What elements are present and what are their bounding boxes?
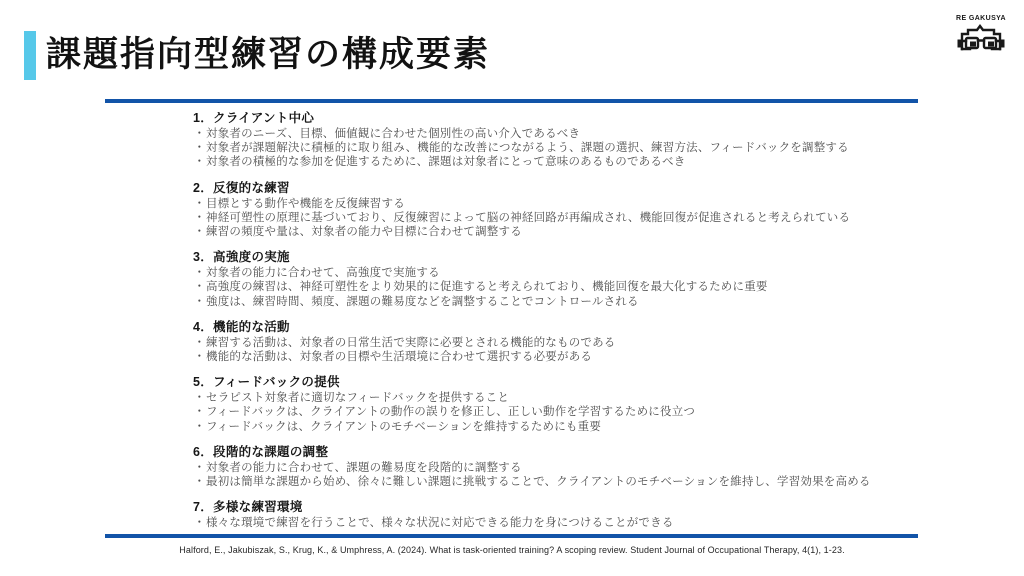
bullet-marker: ・ [193,461,206,475]
pixel-face-glasses-icon [953,23,1009,55]
bullet-text: 練習の頻度や量は、対象者の能力や目標に合わせて調整する [206,225,938,239]
bullet-text: セラピスト対象者に適切なフィードバックを提供すること [206,391,938,405]
bullet-item: ・フィードバックは、クライアントのモチベーションを維持するためにも重要 [193,420,938,434]
logo-text: RE GAKUSYA [951,15,1011,22]
bullet-marker: ・ [193,211,206,225]
bullet-text: 対象者の能力に合わせて、課題の難易度を段階的に調整する [206,461,938,475]
top-divider [105,99,918,103]
bullet-marker: ・ [193,197,206,211]
bullet-text: フィードバックは、クライアントのモチベーションを維持するためにも重要 [206,420,938,434]
bullet-item: ・強度は、練習時間、頻度、課題の難易度などを調整することでコントロールされる [193,295,938,309]
bullet-marker: ・ [193,295,206,309]
bullet-marker: ・ [193,336,206,350]
bullet-text: 練習する活動は、対象者の日常生活で実際に必要とされる機能的なものである [206,336,938,350]
section-title: 1．クライアント中心 [193,111,938,126]
citation: Halford, E., Jakubiszak, S., Krug, K., &… [0,545,1024,555]
bullet-item: ・様々な環境で練習を行うことで、様々な状況に対応できる能力を身につけることができ… [193,516,938,530]
bullet-text: 様々な環境で練習を行うことで、様々な状況に対応できる能力を身につけることができる [206,516,938,530]
content: 1．クライアント中心・対象者のニーズ、目標、価値観に合わせた個別性の高い介入であ… [193,111,938,541]
bullet-item: ・機能的な活動は、対象者の目標や生活環境に合わせて選択する必要がある [193,350,938,364]
slide: 課題指向型練習の構成要素 RE GAKUSYA 1．クライアント中心・対象者のニ… [0,0,1024,576]
bullet-item: ・練習の頻度や量は、対象者の能力や目標に合わせて調整する [193,225,938,239]
bullet-text: 神経可塑性の原理に基づいており、反復練習によって脳の神経回路が再編成され、機能回… [206,211,938,225]
bullet-text: フィードバックは、クライアントの動作の誤りを修正し、正しい動作を学習するために役… [206,405,938,419]
bullet-item: ・対象者の能力に合わせて、課題の難易度を段階的に調整する [193,461,938,475]
bullet-text: 高強度の練習は、神経可塑性をより効果的に促進すると考えられており、機能回復を最大… [206,280,938,294]
bullet-item: ・高強度の練習は、神経可塑性をより効果的に促進すると考えられており、機能回復を最… [193,280,938,294]
bullet-marker: ・ [193,127,206,141]
section-7: 7．多様な練習環境・様々な環境で練習を行うことで、様々な状況に対応できる能力を身… [193,500,938,530]
bullet-marker: ・ [193,405,206,419]
section-3: 3．高強度の実施・対象者の能力に合わせて、高強度で実施する・高強度の練習は、神経… [193,250,938,309]
bullet-marker: ・ [193,266,206,280]
bullet-item: ・対象者の積極的な参加を促進するために、課題は対象者にとって意味のあるものである… [193,155,938,169]
section-2: 2．反復的な練習・目標とする動作や機能を反復練習する・神経可塑性の原理に基づいて… [193,181,938,240]
bullet-item: ・対象者の能力に合わせて、高強度で実施する [193,266,938,280]
bullet-item: ・対象者が課題解決に積極的に取り組み、機能的な改善につながるよう、課題の選択、練… [193,141,938,155]
section-title: 4．機能的な活動 [193,320,938,335]
section-5: 5．フィードバックの提供・セラピスト対象者に適切なフィードバックを提供すること・… [193,375,938,434]
page-title: 課題指向型練習の構成要素 [46,27,490,77]
bullet-marker: ・ [193,225,206,239]
bullet-marker: ・ [193,516,206,530]
bullet-text: 対象者が課題解決に積極的に取り組み、機能的な改善につながるよう、課題の選択、練習… [206,141,938,155]
section-title: 2．反復的な練習 [193,181,938,196]
bullet-item: ・練習する活動は、対象者の日常生活で実際に必要とされる機能的なものである [193,336,938,350]
bullet-item: ・フィードバックは、クライアントの動作の誤りを修正し、正しい動作を学習するために… [193,405,938,419]
logo: RE GAKUSYA [951,15,1011,55]
section-title: 6．段階的な課題の調整 [193,445,938,460]
bullet-marker: ・ [193,155,206,169]
bullet-item: ・対象者のニーズ、目標、価値観に合わせた個別性の高い介入であるべき [193,127,938,141]
bullet-item: ・セラピスト対象者に適切なフィードバックを提供すること [193,391,938,405]
section-6: 6．段階的な課題の調整・対象者の能力に合わせて、課題の難易度を段階的に調整する・… [193,445,938,489]
section-4: 4．機能的な活動・練習する活動は、対象者の日常生活で実際に必要とされる機能的なも… [193,320,938,364]
bottom-divider [105,534,918,538]
bullet-marker: ・ [193,391,206,405]
bullet-text: 対象者の能力に合わせて、高強度で実施する [206,266,938,280]
section-title: 3．高強度の実施 [193,250,938,265]
bullet-text: 機能的な活動は、対象者の目標や生活環境に合わせて選択する必要がある [206,350,938,364]
bullet-text: 対象者の積極的な参加を促進するために、課題は対象者にとって意味のあるものであるべ… [206,155,938,169]
bullet-item: ・神経可塑性の原理に基づいており、反復練習によって脳の神経回路が再編成され、機能… [193,211,938,225]
bullet-marker: ・ [193,350,206,364]
bullet-text: 強度は、練習時間、頻度、課題の難易度などを調整することでコントロールされる [206,295,938,309]
bullet-item: ・目標とする動作や機能を反復練習する [193,197,938,211]
bullet-text: 最初は簡単な課題から始め、徐々に難しい課題に挑戦することで、クライアントのモチベ… [206,475,938,489]
bullet-marker: ・ [193,280,206,294]
bullet-marker: ・ [193,141,206,155]
section-title: 5．フィードバックの提供 [193,375,938,390]
bullet-item: ・最初は簡単な課題から始め、徐々に難しい課題に挑戦することで、クライアントのモチ… [193,475,938,489]
bullet-marker: ・ [193,475,206,489]
section-title: 7．多様な練習環境 [193,500,938,515]
bullet-text: 対象者のニーズ、目標、価値観に合わせた個別性の高い介入であるべき [206,127,938,141]
bullet-text: 目標とする動作や機能を反復練習する [206,197,938,211]
title-accent-bar [24,31,36,80]
bullet-marker: ・ [193,420,206,434]
section-1: 1．クライアント中心・対象者のニーズ、目標、価値観に合わせた個別性の高い介入であ… [193,111,938,170]
